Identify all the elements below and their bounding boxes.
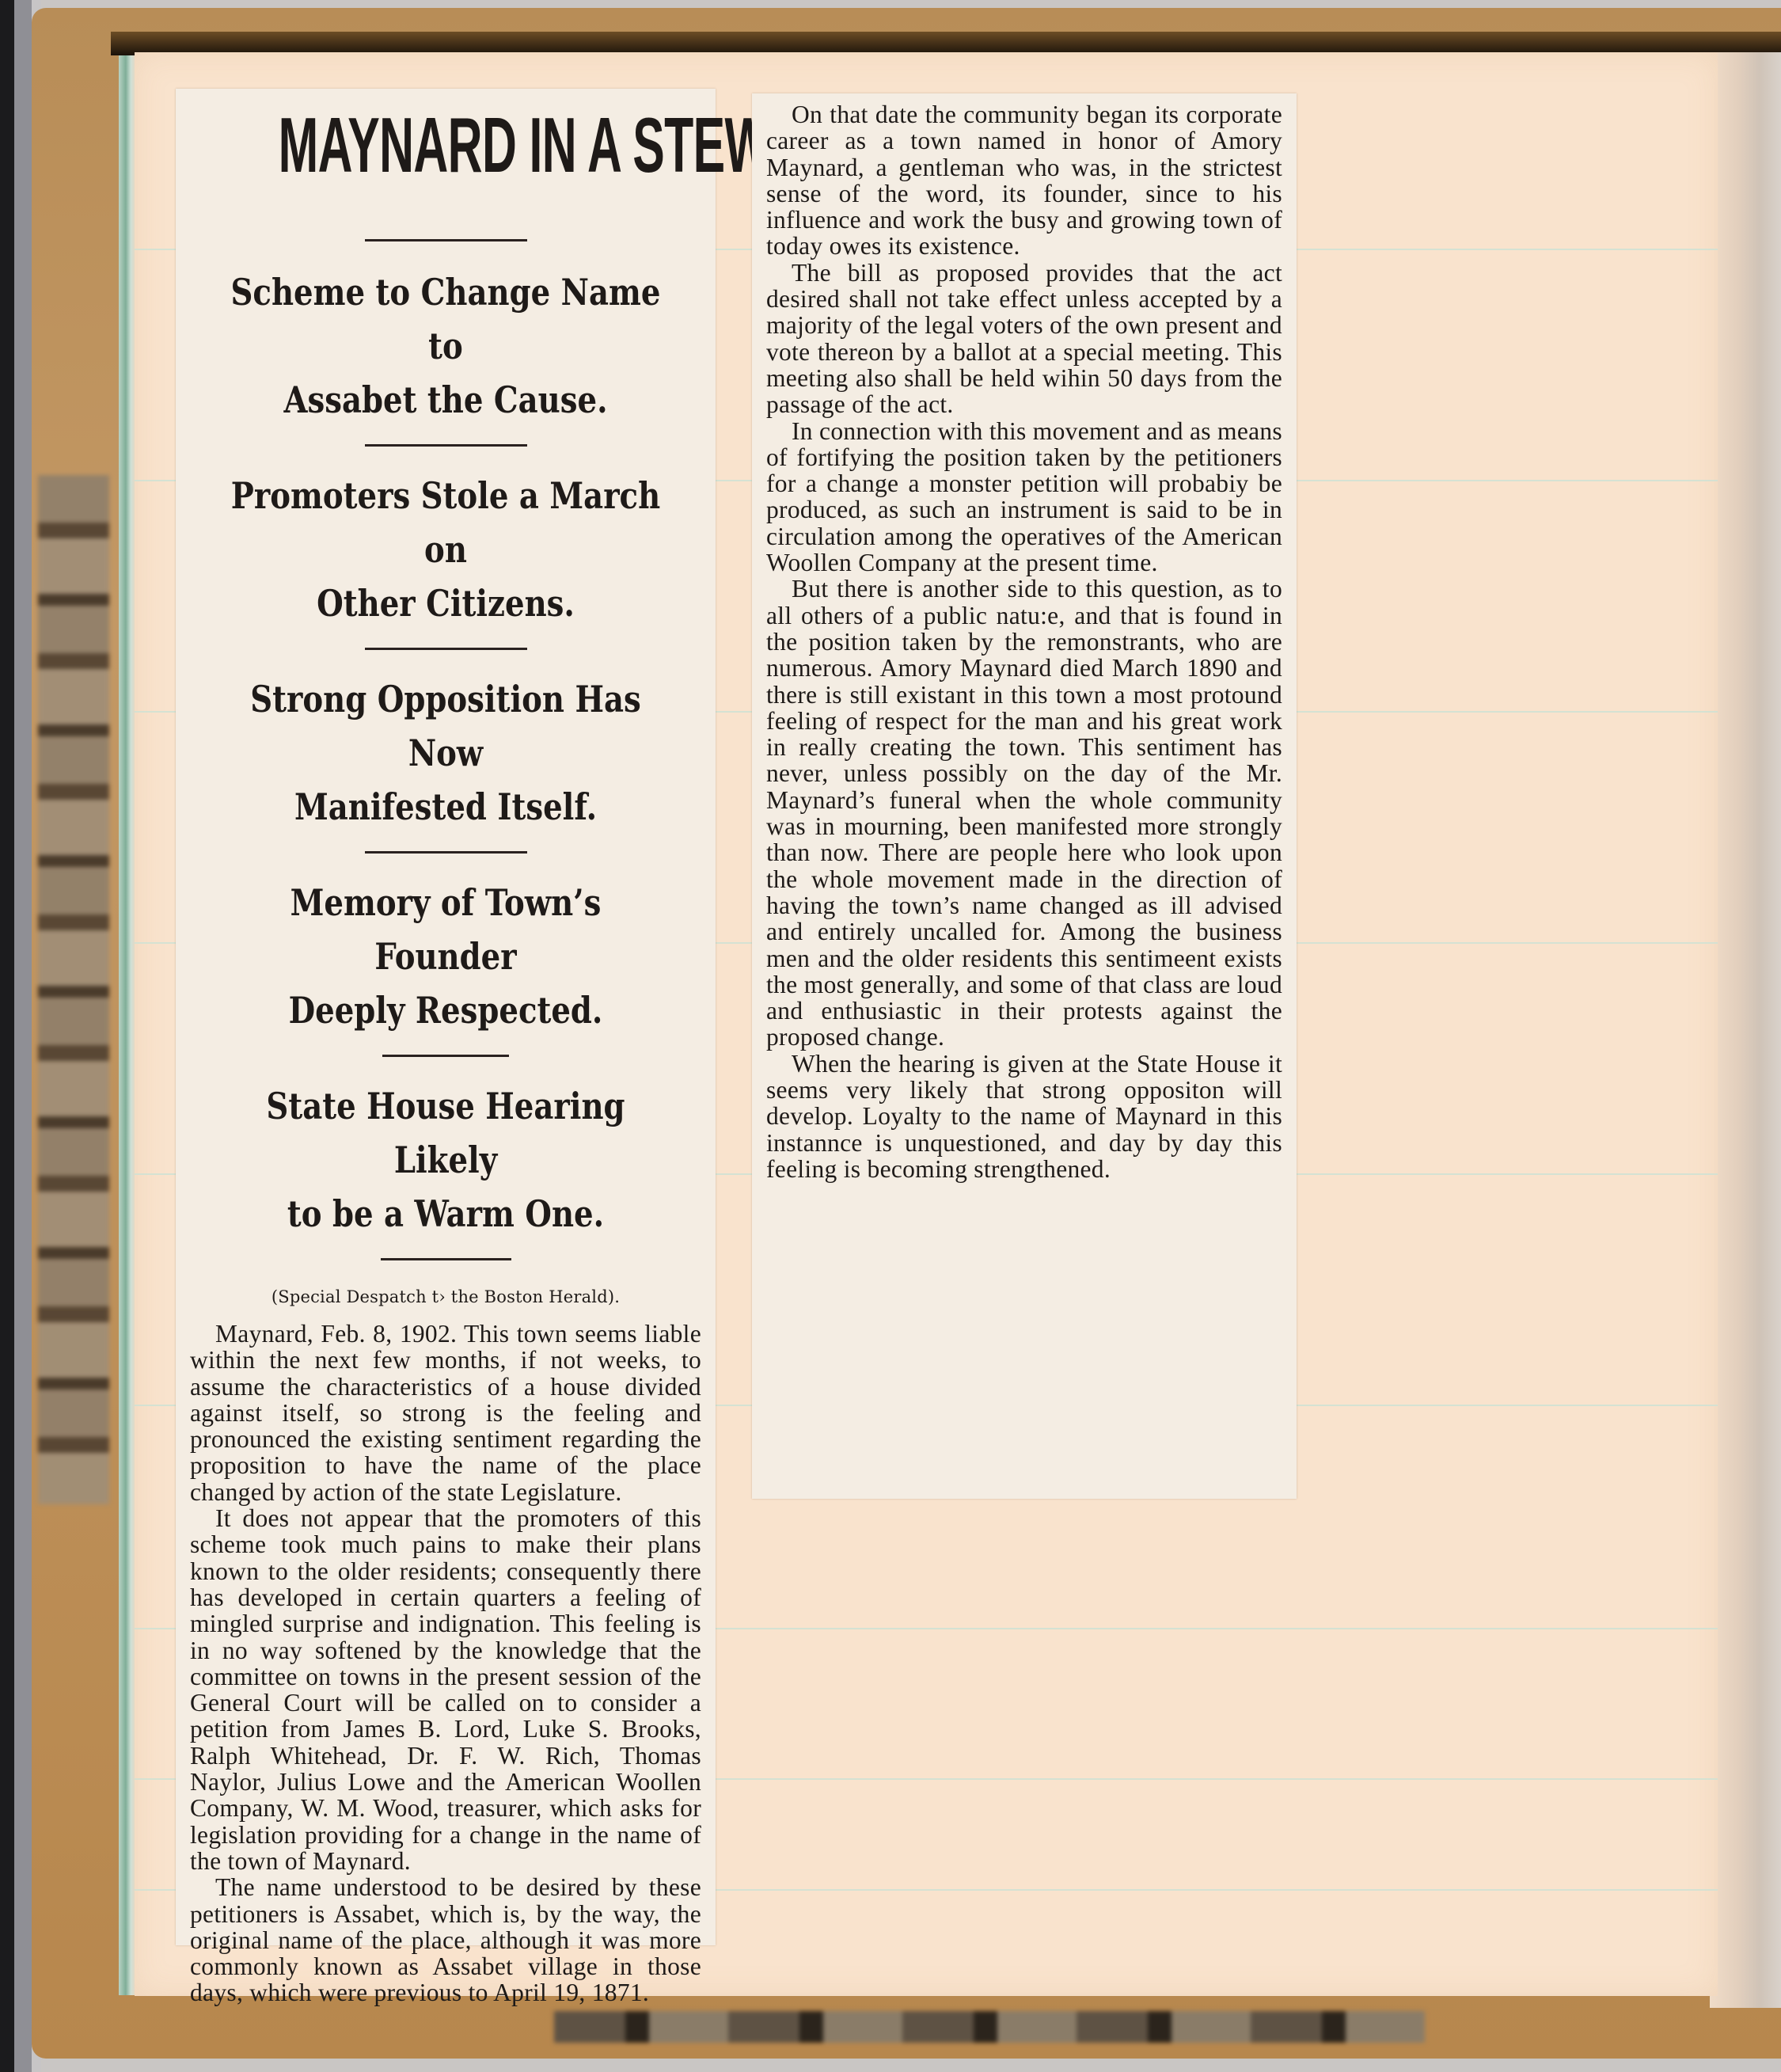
divider-rule (365, 851, 527, 854)
paragraph: But there is another side to this questi… (766, 576, 1282, 1050)
paragraph: Maynard, Feb. 8, 1902. This town seems l… (190, 1321, 701, 1505)
divider-rule (382, 1055, 509, 1057)
divider-rule (381, 1258, 511, 1260)
subhead-2: Promoters Stole a March on Other Citizen… (219, 469, 673, 630)
paragraph: It does not appear that the promoters of… (190, 1505, 701, 1874)
paragraph: In connection with this movement and as … (766, 418, 1282, 576)
subhead-5: State House Hearing Likely to be a Warm … (219, 1079, 673, 1241)
article-body-right: On that date the community began its cor… (752, 93, 1297, 1182)
paragraph: On that date the community began its cor… (766, 101, 1282, 260)
marbled-bottom-edge (554, 2011, 1425, 2043)
marbled-spine (38, 475, 109, 1504)
subhead-1: Scheme to Change Name to Assabet the Cau… (219, 265, 673, 427)
newspaper-clipping-right-column: On that date the community began its cor… (752, 93, 1297, 1499)
divider-rule (365, 239, 527, 241)
paragraph: The name understood to be desired by the… (190, 1874, 701, 2005)
newspaper-clipping-left-column: MAYNARD IN A STEW. Scheme to Change Name… (176, 89, 716, 1945)
divider-rule (365, 444, 527, 447)
subhead-4: Memory of Town’s Founder Deeply Respecte… (219, 876, 673, 1037)
paragraph: The bill as proposed provides that the a… (766, 260, 1282, 418)
paragraph: When the hearing is given at the State H… (766, 1051, 1282, 1182)
page-stack-edges (119, 55, 136, 1995)
article-body-left: Maynard, Feb. 8, 1902. This town seems l… (176, 1321, 716, 2006)
despatch-credit: (Special Despatch t› the Boston Herald). (176, 1287, 716, 1306)
headline: MAYNARD IN A STEW. (279, 106, 613, 184)
page-gutter (1710, 52, 1781, 2008)
divider-rule (365, 648, 527, 650)
subhead-3: Strong Opposition Has Now Manifested Its… (219, 672, 673, 834)
